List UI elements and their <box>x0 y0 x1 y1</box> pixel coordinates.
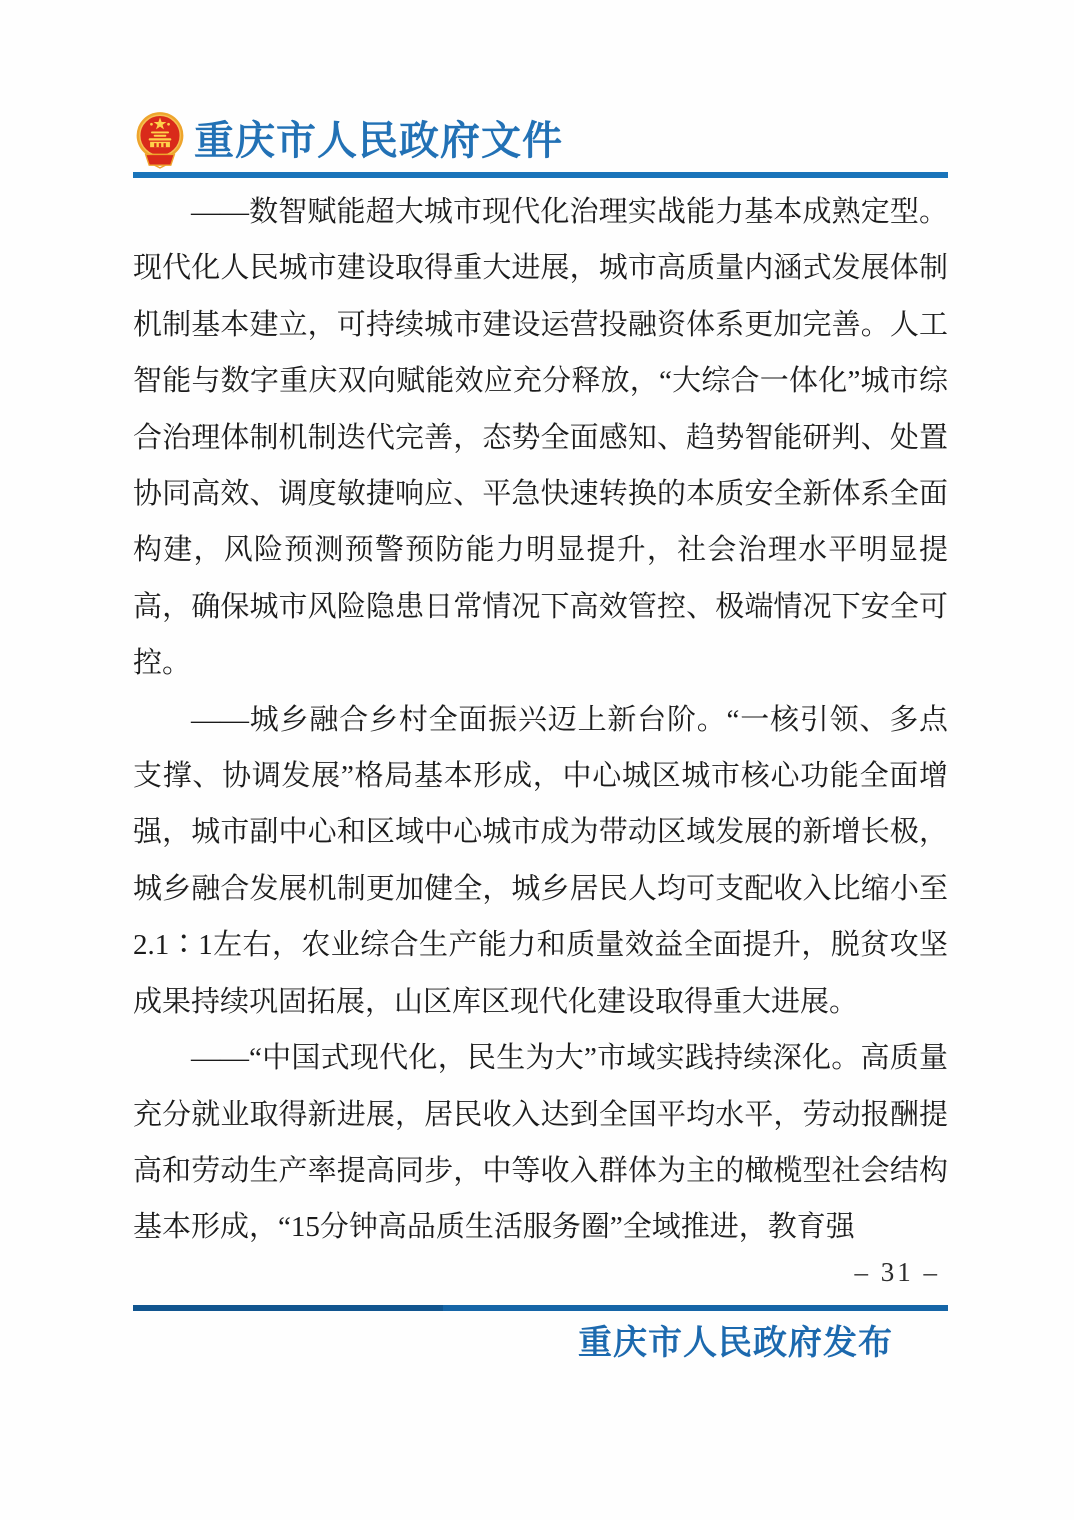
china-national-emblem-icon <box>133 110 187 170</box>
footer-divider-rule <box>133 1305 948 1311</box>
document-body: ——数智赋能超大城市现代化治理实战能力基本成熟定型。现代化人民城市建设取得重大进… <box>133 184 948 1254</box>
document-page: 重庆市人民政府文件 ——数智赋能超大城市现代化治理实战能力基本成熟定型。现代化人… <box>0 0 1074 1520</box>
publisher-label: 重庆市人民政府发布 <box>578 1322 893 1366</box>
document-header: 重庆市人民政府文件 <box>133 110 948 170</box>
body-paragraph: ——“中国式现代化，民生为大”市域实践持续深化。高质量充分就业取得新进展，居民收… <box>133 1030 948 1254</box>
body-paragraph: ——数智赋能超大城市现代化治理实战能力基本成熟定型。现代化人民城市建设取得重大进… <box>133 184 948 692</box>
page-number: – 31 – <box>855 1254 941 1290</box>
document-title: 重庆市人民政府文件 <box>194 119 563 161</box>
header-divider-rule <box>133 172 948 178</box>
body-paragraph: ——城乡融合乡村全面振兴迈上新台阶。“一核引领、多点支撑、协调发展”格局基本形成… <box>133 692 948 1030</box>
